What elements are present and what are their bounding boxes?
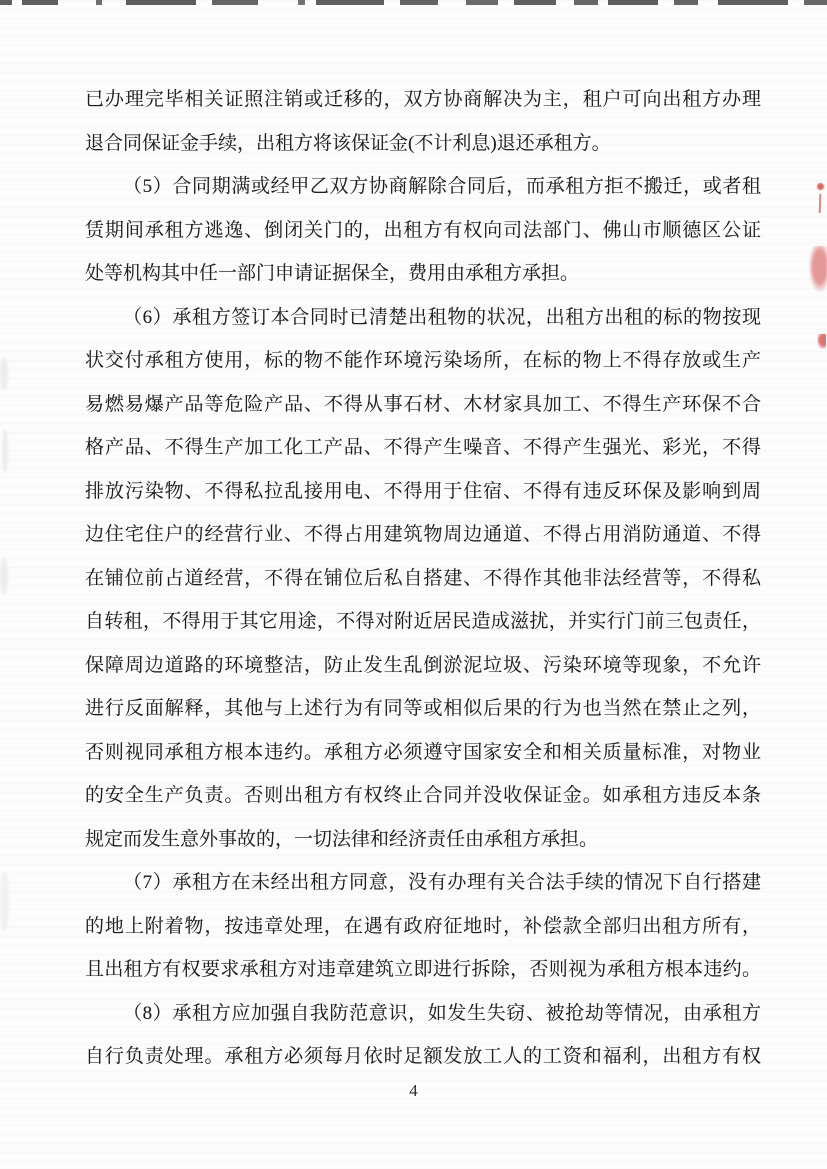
contract-line: 在铺位前占道经营，不得在铺位后私自搭建、不得作其他非法经营等，不得私: [85, 557, 761, 601]
contract-clause-7-start: （7）承租方在未经出租方同意，没有办理有关合法手续的情况下自行搭建: [85, 861, 761, 905]
scanned-contract-page: 已办理完毕相关证照注销或迁移的，双方协商解决为主，租户可向出租方办理 退合同保证…: [0, 0, 827, 1169]
scan-smudge-left: [0, 558, 8, 594]
red-ink-dot: [817, 183, 824, 190]
scan-smudge-left: [0, 872, 9, 930]
pink-ink-blotch: [809, 246, 827, 292]
contract-line: 的地上附着物，按违章处理，在遇有政府征地时，补偿款全部归出租方所有，: [85, 905, 761, 949]
contract-line: 状交付承租方使用，标的物不能作环境污染场所，在标的物上不得存放或生产: [85, 339, 761, 383]
page-number: 4: [0, 1081, 827, 1101]
contract-line: 且出租方有权要求承租方对违章建筑立即进行拆除，否则视为承租方根本违约。: [85, 948, 761, 992]
red-ink-mark: [817, 334, 826, 349]
contract-line: 退合同保证金手续，出租方将该保证金(不计利息)退还承租方。: [85, 122, 761, 166]
contract-line: 已办理完毕相关证照注销或迁移的，双方协商解决为主，租户可向出租方办理: [85, 78, 761, 122]
contract-line: 易燃易爆产品等危险产品、不得从事石材、木材家具加工、不得生产环保不合: [85, 383, 761, 427]
scan-smudge-left: [2, 430, 8, 472]
scan-smudge-left: [0, 358, 8, 390]
contract-line: 排放污染物、不得私拉乱接用电、不得用于住宿、不得有违反环保及影响到周: [85, 470, 761, 514]
contract-line: 处等机构其中任一部门申请证据保全，费用由承租方承担。: [85, 252, 761, 296]
contract-line: 赁期间承租方逃逸、倒闭关门的，出租方有权向司法部门、佛山市顺德区公证: [85, 209, 761, 253]
contract-line: 自行负责处理。承租方必须每月依时足额发放工人的工资和福利，出租方有权: [85, 1035, 761, 1079]
contract-clause-5-start: （5）合同期满或经甲乙双方协商解除合同后，而承租方拒不搬迁，或者租: [85, 165, 761, 209]
contract-line: 规定而发生意外事故的，一切法律和经济责任由承租方承担。: [85, 818, 761, 862]
contract-clause-6-start: （6）承租方签订本合同时已清楚出租物的状况，出租方出租的标的物按现: [85, 296, 761, 340]
contract-line: 进行反面解释，其他与上述行为有同等或相似后果的行为也当然在禁止之列，: [85, 687, 761, 731]
contract-clause-8-start: （8）承租方应加强自我防范意识，如发生失窃、被抢劫等情况，由承租方: [85, 992, 761, 1036]
contract-line: 的安全生产负责。否则出租方有权终止合同并没收保证金。如承租方违反本条: [85, 774, 761, 818]
contract-line: 否则视同承租方根本违约。承租方必须遵守国家安全和相关质量标准，对物业: [85, 731, 761, 775]
scan-smudge-top-edge: [0, 0, 827, 5]
contract-body: 已办理完毕相关证照注销或迁移的，双方协商解决为主，租户可向出租方办理 退合同保证…: [85, 78, 761, 1079]
contract-line: 格产品、不得生产加工化工产品、不得产生噪音、不得产生强光、彩光，不得: [85, 426, 761, 470]
contract-line: 自转租，不得用于其它用途，不得对附近居民造成滋扰，并实行门前三包责任，: [85, 600, 761, 644]
contract-line: 保障周边道路的环境整洁，防止发生乱倒淤泥垃圾、污染环境等现象，不允许: [85, 644, 761, 688]
red-ink-stroke: [819, 194, 822, 213]
contract-line: 边住宅住户的经营行业、不得占用建筑物周边通道、不得占用消防通道、不得: [85, 513, 761, 557]
